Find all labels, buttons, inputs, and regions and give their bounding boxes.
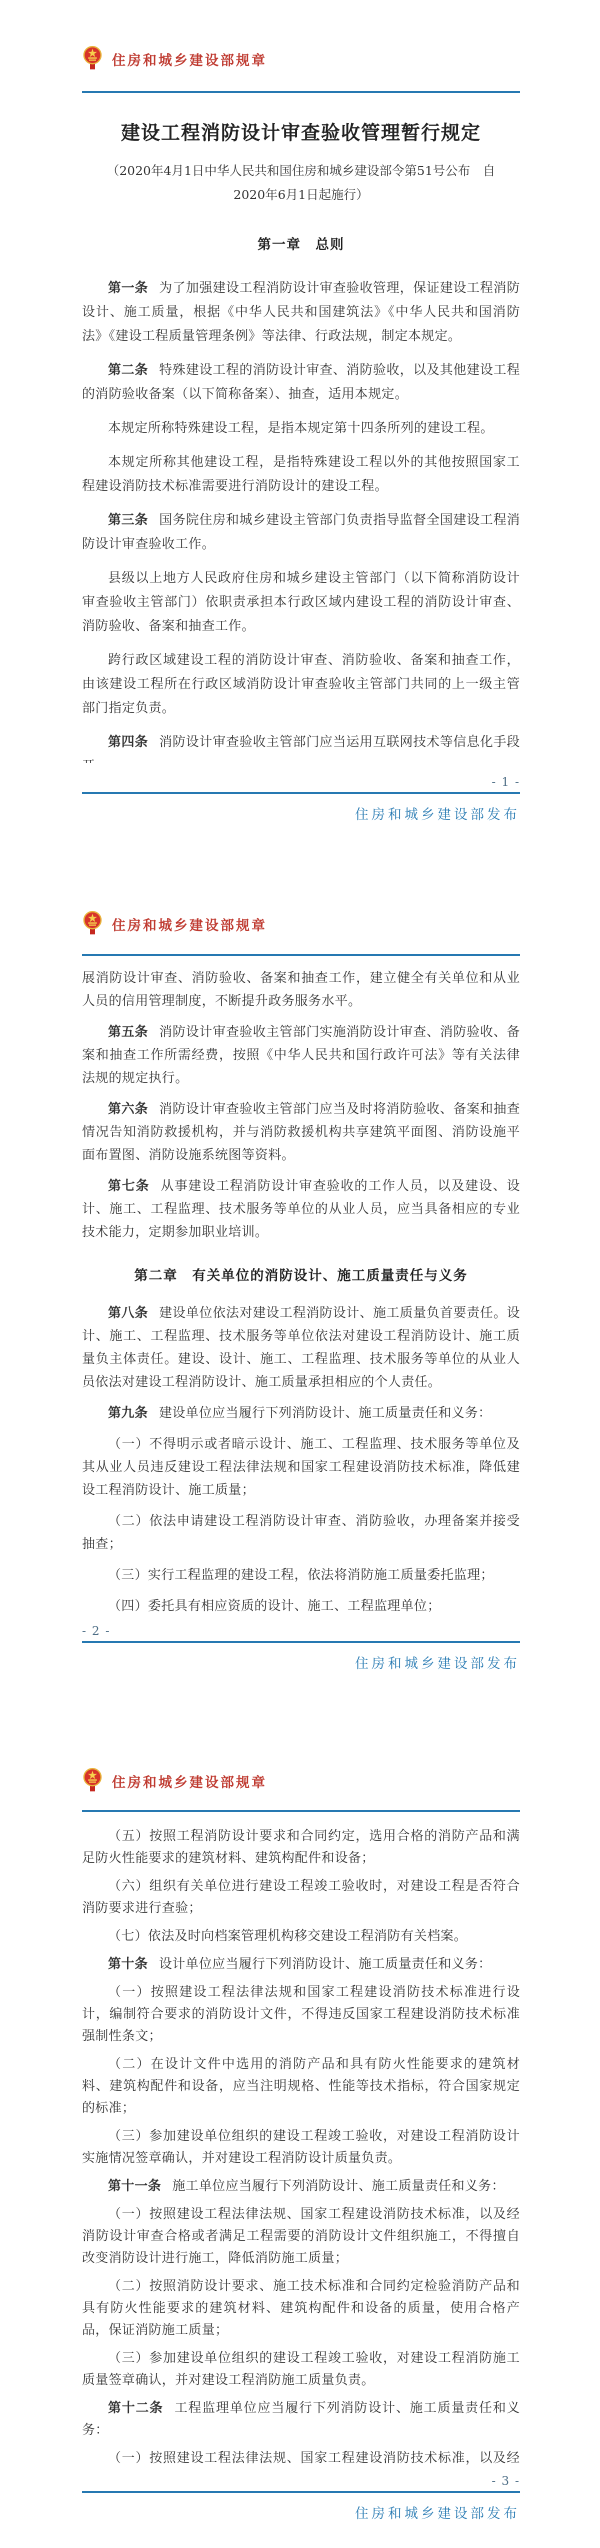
article-number: 第一条 xyxy=(108,281,148,296)
paragraph: 本规定所称其他建设工程，是指特殊建设工程以外的其他按照国家工程建设消防技术标准需… xyxy=(82,451,520,499)
paragraph: 第一条为了加强建设工程消防设计审查验收管理，保证建设工程消防设计、施工质量，根据… xyxy=(82,277,520,349)
article-number: 第十二条 xyxy=(108,2401,163,2416)
article-number: 第五条 xyxy=(108,1025,148,1040)
article-number: 第九条 xyxy=(108,1406,148,1421)
masthead: 住房和城乡建设部规章 xyxy=(82,1768,520,1793)
paragraph: （四）委托具有相应资质的设计、施工、工程监理单位； xyxy=(82,1595,520,1616)
paragraph: 本规定所称特殊建设工程，是指本规定第十四条所列的建设工程。 xyxy=(82,417,520,441)
article-list: 第八条建设单位依法对建设工程消防设计、施工质量负首要责任。设计、施工、工程监理、… xyxy=(82,1302,520,1616)
page-1-body: 建设工程消防设计审查验收管理暂行规定 （2020年4月1日中华人民共和国住房和城… xyxy=(82,110,520,763)
publisher-line: 住房和城乡建设部发布 xyxy=(82,2502,520,2522)
document-subtitle-line-1: （2020年4月1日中华人民共和国住房和城乡建设部令第51号公布 自 xyxy=(82,159,520,183)
page-2-body: 展消防设计审查、消防验收、备案和抽查工作，建立健全有关单位和从业人员的信用管理制… xyxy=(82,967,520,1616)
page-number: - 1 - xyxy=(82,775,520,789)
footer-divider xyxy=(82,2491,520,2493)
national-emblem-icon xyxy=(82,911,103,936)
paragraph-text: 施工单位应当履行下列消防设计、施工质量责任和义务： xyxy=(172,2179,505,2194)
article-number: 第七条 xyxy=(108,1179,150,1194)
article-number: 第三条 xyxy=(108,513,148,528)
article-number: 第四条 xyxy=(108,735,148,750)
header-divider xyxy=(82,1810,520,1812)
paragraph: 第三条国务院住房和城乡建设主管部门负责指导监督全国建设工程消防设计审查验收工作。 xyxy=(82,509,520,557)
paragraph-text: （四）委托具有相应资质的设计、施工、工程监理单位； xyxy=(108,1599,441,1614)
paragraph-text: 本规定所称特殊建设工程，是指本规定第十四条所列的建设工程。 xyxy=(108,421,494,436)
paragraph-text: （二）依法申请建设工程消防设计审查、消防验收，办理备案并接受抽查； xyxy=(82,1514,520,1552)
paragraph: 展消防设计审查、消防验收、备案和抽查工作，建立健全有关单位和从业人员的信用管理制… xyxy=(82,967,520,1013)
paragraph-text: 跨行政区域建设工程的消防设计审查、消防验收、备案和抽查工作，由该建设工程所在行政… xyxy=(82,653,520,716)
paragraph: 第二条特殊建设工程的消防设计审查、消防验收，以及其他建设工程的消防验收备案（以下… xyxy=(82,359,520,407)
paragraph-text: （二）按照消防设计要求、施工技术标准和合同约定检验消防产品和具有防火性能要求的建… xyxy=(82,2279,520,2338)
chapter-2-heading: 第二章 有关单位的消防设计、施工质量责任与义务 xyxy=(82,1264,520,1284)
paragraph: 第十条设计单位应当履行下列消防设计、施工质量责任和义务： xyxy=(82,1954,520,1976)
paragraph: 第八条建设单位依法对建设工程消防设计、施工质量负首要责任。设计、施工、工程监理、… xyxy=(82,1302,520,1394)
paragraph-text: 设计单位应当履行下列消防设计、施工质量责任和义务： xyxy=(159,1957,492,1972)
paragraph: （三）参加建设单位组织的建设工程竣工验收，对建设工程消防施工质量签章确认，并对建… xyxy=(82,2348,520,2392)
document-subtitle-line-2: 2020年6月1日起施行） xyxy=(82,183,520,207)
paragraph: （三）参加建设单位组织的建设工程竣工验收，对建设工程消防设计实施情况签章确认，并… xyxy=(82,2126,520,2170)
paragraph-text: （一）按照建设工程法律法规、国家工程建设消防技术标准，以及经消防设计审查合格或者… xyxy=(82,2451,520,2470)
page-2: 住房和城乡建设部规章 展消防设计审查、消防验收、备案和抽查工作，建立健全有关单位… xyxy=(0,849,600,1698)
paragraph: 第四条消防设计审查验收主管部门应当运用互联网技术等信息化手段开 xyxy=(82,731,520,763)
paragraph: （二）按照消防设计要求、施工技术标准和合同约定检验消防产品和具有防火性能要求的建… xyxy=(82,2276,520,2342)
national-emblem-icon xyxy=(82,1768,103,1793)
paragraph: （一）不得明示或者暗示设计、施工、工程监理、技术服务等单位及其从业人员违反建设工… xyxy=(82,1433,520,1502)
paragraph: 第六条消防设计审查验收主管部门应当及时将消防验收、备案和抽查情况告知消防救援机构… xyxy=(82,1098,520,1167)
paragraph-text: （一）不得明示或者暗示设计、施工、工程监理、技术服务等单位及其从业人员违反建设工… xyxy=(82,1437,520,1498)
article-number: 第二条 xyxy=(108,363,148,378)
paragraph-text: 本规定所称其他建设工程，是指特殊建设工程以外的其他按照国家工程建设消防技术标准需… xyxy=(82,455,520,494)
document-title: 建设工程消防设计审查验收管理暂行规定 xyxy=(82,118,520,145)
article-number: 第六条 xyxy=(108,1102,148,1117)
chapter-1-heading: 第一章 总则 xyxy=(82,233,520,253)
article-list: （五）按照工程消防设计要求和合同约定，选用合格的消防产品和满足防火性能要求的建筑… xyxy=(82,1826,520,2470)
paragraph: （一）按照建设工程法律法规、国家工程建设消防技术标准，以及经消防设计审查合格或者… xyxy=(82,2448,520,2470)
paragraph-text: 展消防设计审查、消防验收、备案和抽查工作，建立健全有关单位和从业人员的信用管理制… xyxy=(82,971,520,1009)
paragraph-text: （一）按照建设工程法律法规、国家工程建设消防技术标准，以及经消防设计审查合格或者… xyxy=(82,2207,520,2266)
footer-divider xyxy=(82,792,520,794)
paragraph-text: （六）组织有关单位进行建设工程竣工验收时，对建设工程是否符合消防要求进行查验； xyxy=(82,1879,520,1916)
paragraph: 县级以上地方人民政府住房和城乡建设主管部门（以下简称消防设计审查验收主管部门）依… xyxy=(82,567,520,639)
footer-divider xyxy=(82,1641,520,1643)
paragraph-text: （五）按照工程消防设计要求和合同约定，选用合格的消防产品和满足防火性能要求的建筑… xyxy=(82,1829,520,1866)
page-number: - 2 - xyxy=(82,1624,520,1638)
article-number: 第十条 xyxy=(108,1957,148,1972)
masthead: 住房和城乡建设部规章 xyxy=(82,911,520,936)
paragraph: （二）依法申请建设工程消防设计审查、消防验收，办理备案并接受抽查； xyxy=(82,1510,520,1556)
paragraph-text: （三）参加建设单位组织的建设工程竣工验收，对建设工程消防施工质量签章确认，并对建… xyxy=(82,2351,520,2388)
publisher-line: 住房和城乡建设部发布 xyxy=(82,803,520,823)
page-3-footer: - 3 - 住房和城乡建设部发布 xyxy=(82,2474,520,2522)
header-divider xyxy=(82,91,520,93)
paragraph: （三）实行工程监理的建设工程，依法将消防施工质量委托监理； xyxy=(82,1564,520,1587)
national-emblem-icon xyxy=(82,46,103,71)
paragraph: （五）按照工程消防设计要求和合同约定，选用合格的消防产品和满足防火性能要求的建筑… xyxy=(82,1826,520,1870)
article-number: 第八条 xyxy=(108,1306,148,1321)
paragraph: （六）组织有关单位进行建设工程竣工验收时，对建设工程是否符合消防要求进行查验； xyxy=(82,1876,520,1920)
paragraph: 第十二条工程监理单位应当履行下列消防设计、施工质量责任和义务： xyxy=(82,2398,520,2442)
article-number: 第十一条 xyxy=(108,2179,161,2194)
article-list: 展消防设计审查、消防验收、备案和抽查工作，建立健全有关单位和从业人员的信用管理制… xyxy=(82,967,520,1244)
paragraph: （二）在设计文件中选用的消防产品和具有防火性能要求的建筑材料、建筑构配件和设备，… xyxy=(82,2054,520,2120)
paragraph-text: （三）参加建设单位组织的建设工程竣工验收，对建设工程消防设计实施情况签章确认，并… xyxy=(82,2129,520,2166)
masthead-title: 住房和城乡建设部规章 xyxy=(112,49,267,69)
paragraph-text: （一）按照建设工程法律法规和国家工程建设消防技术标准进行设计，编制符合要求的消防… xyxy=(82,1985,520,2044)
paragraph-text: （三）实行工程监理的建设工程，依法将消防施工质量委托监理； xyxy=(108,1568,494,1583)
paragraph-text: 县级以上地方人民政府住房和城乡建设主管部门（以下简称消防设计审查验收主管部门）依… xyxy=(82,571,520,634)
page-3: 住房和城乡建设部规章 （五）按照工程消防设计要求和合同约定，选用合格的消防产品和… xyxy=(0,1698,600,2548)
paragraph: 第十一条施工单位应当履行下列消防设计、施工质量责任和义务： xyxy=(82,2176,520,2198)
paragraph-text: （二）在设计文件中选用的消防产品和具有防火性能要求的建筑材料、建筑构配件和设备，… xyxy=(82,2057,520,2116)
masthead-title: 住房和城乡建设部规章 xyxy=(112,1771,267,1791)
page-3-body: （五）按照工程消防设计要求和合同约定，选用合格的消防产品和满足防火性能要求的建筑… xyxy=(82,1826,520,2470)
paragraph-text: （七）依法及时向档案管理机构移交建设工程消防有关档案。 xyxy=(108,1929,467,1944)
header-divider xyxy=(82,954,520,956)
page-number: - 3 - xyxy=(82,2474,520,2488)
paragraph: （一）按照建设工程法律法规、国家工程建设消防技术标准，以及经消防设计审查合格或者… xyxy=(82,2204,520,2270)
page-1: 住房和城乡建设部规章 建设工程消防设计审查验收管理暂行规定 （2020年4月1日… xyxy=(0,0,600,849)
paragraph: 第九条建设单位应当履行下列消防设计、施工质量责任和义务： xyxy=(82,1402,520,1425)
page-2-footer: - 2 - 住房和城乡建设部发布 xyxy=(82,1624,520,1672)
article-list: 第一条为了加强建设工程消防设计审查验收管理，保证建设工程消防设计、施工质量，根据… xyxy=(82,277,520,763)
paragraph: 第七条从事建设工程消防设计审查验收的工作人员，以及建设、设计、施工、工程监理、技… xyxy=(82,1175,520,1244)
page-1-footer: - 1 - 住房和城乡建设部发布 xyxy=(82,775,520,823)
publisher-line: 住房和城乡建设部发布 xyxy=(82,1652,520,1672)
paragraph: （一）按照建设工程法律法规和国家工程建设消防技术标准进行设计，编制符合要求的消防… xyxy=(82,1982,520,2048)
paragraph: （七）依法及时向档案管理机构移交建设工程消防有关档案。 xyxy=(82,1926,520,1948)
paragraph-text: 建设单位应当履行下列消防设计、施工质量责任和义务： xyxy=(159,1406,492,1421)
paragraph: 第五条消防设计审查验收主管部门实施消防设计审查、消防验收、备案和抽查工作所需经费… xyxy=(82,1021,520,1090)
paragraph: 跨行政区域建设工程的消防设计审查、消防验收、备案和抽查工作，由该建设工程所在行政… xyxy=(82,649,520,721)
masthead-title: 住房和城乡建设部规章 xyxy=(112,914,267,934)
masthead: 住房和城乡建设部规章 xyxy=(82,46,520,71)
